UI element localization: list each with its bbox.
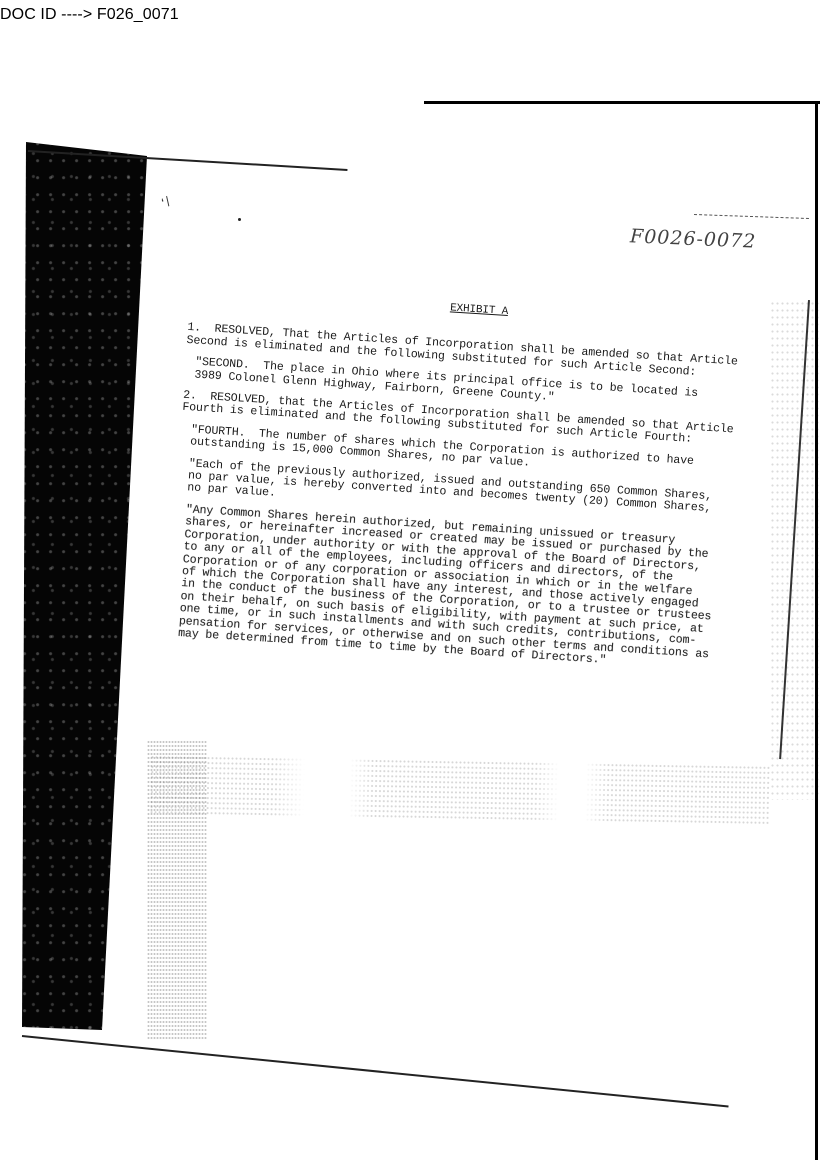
header-rule	[694, 214, 809, 220]
exhibit-body: EXHIBIT A 1. RESOLVED, That the Articles…	[167, 286, 749, 684]
unissued-shares-paragraph: "Any Common Shares herein authorized, bu…	[168, 503, 735, 674]
scanned-page: F0026-0072 ‘/ EXHIBIT A 1. RESOLVED, Tha…	[0, 0, 820, 1160]
scan-noise-left	[147, 740, 207, 1040]
pen-mark-icon: ‘/	[159, 194, 173, 210]
scan-shadow-strip	[22, 142, 147, 1042]
scan-noise-right	[770, 300, 820, 800]
bates-stamp: F0026-0072	[630, 225, 757, 252]
page-bottom-edge	[22, 1035, 729, 1108]
dot-mark	[238, 218, 241, 221]
scan-noise-band	[150, 755, 771, 826]
exhibit-title-text: EXHIBIT A	[450, 302, 509, 318]
